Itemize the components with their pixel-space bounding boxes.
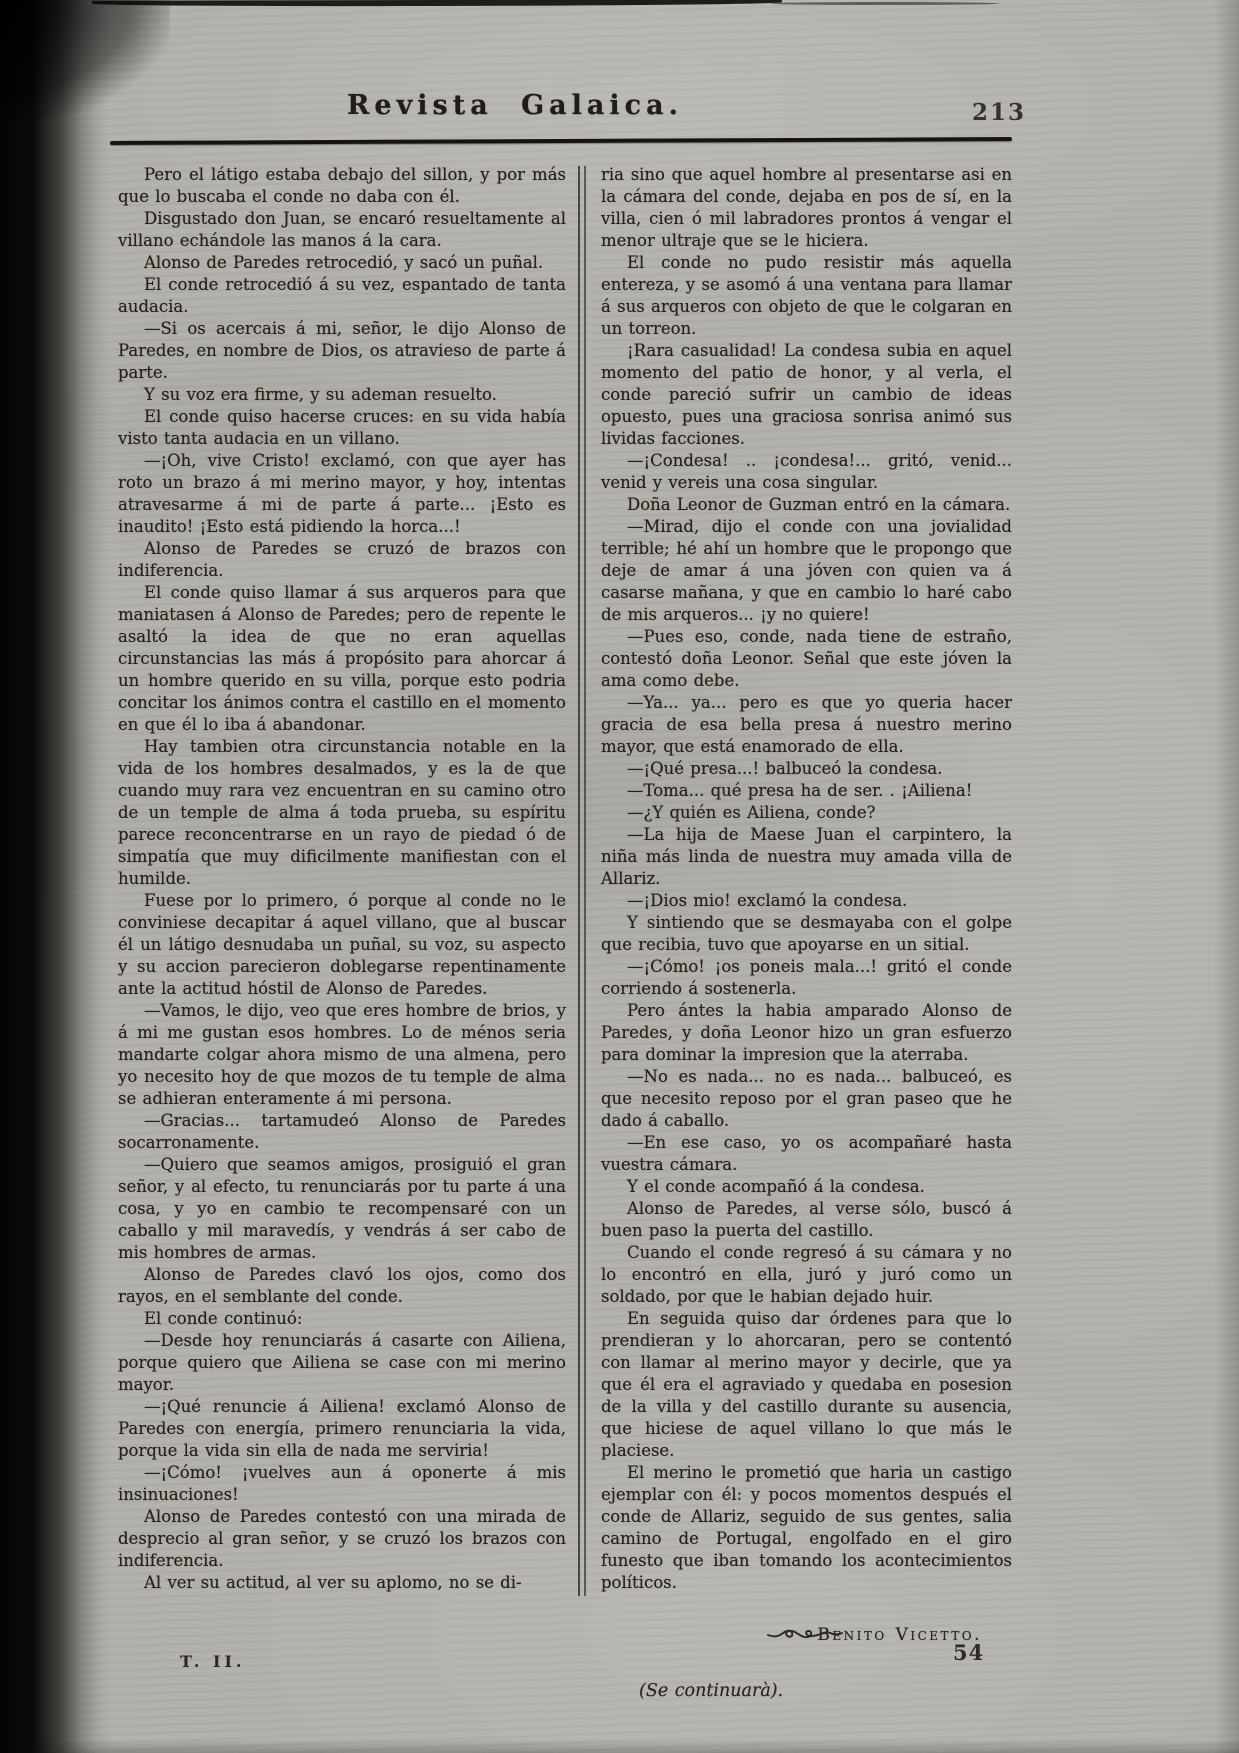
story-paragraph: Y su voz era firme, y su ademan resuelto… xyxy=(118,384,566,406)
page-number-bottom: 54 xyxy=(953,1640,984,1665)
story-paragraph: El conde quiso llamar á sus arqueros par… xyxy=(118,582,566,736)
story-paragraph: Disgustado don Juan, se encaró resueltam… xyxy=(118,208,566,252)
story-paragraph: Alonso de Paredes, al verse sólo, buscó … xyxy=(601,1198,1012,1242)
story-paragraph: El conde quiso hacerse cruces: en su vid… xyxy=(118,406,566,450)
story-paragraph: —¡Qué renuncie á Ailiena! exclamó Alonso… xyxy=(118,1396,566,1462)
story-paragraph: Cuando el conde regresó á su cámara y no… xyxy=(601,1242,1012,1308)
column-divider xyxy=(578,166,586,1596)
story-paragraph: —¡Qué presa...! balbuceó la condesa. xyxy=(601,758,1012,780)
story-paragraph: El conde retrocedió á su vez, espantado … xyxy=(118,274,566,318)
volume-label: T. II. xyxy=(180,1652,246,1671)
story-paragraph: —Ya... ya... pero es que yo queria hacer… xyxy=(601,692,1012,758)
story-paragraph: —La hija de Maese Juan el carpintero, la… xyxy=(601,824,1012,890)
story-paragraph: —Pues eso, conde, nada tiene de estraño,… xyxy=(601,626,1012,692)
story-paragraph: —Mirad, dijo el conde con una jovialidad… xyxy=(601,516,1012,626)
story-paragraph: Al ver su actitud, al ver su aplomo, no … xyxy=(118,1572,566,1594)
story-paragraph: Alonso de Paredes contestó con una mirad… xyxy=(118,1506,566,1572)
story-paragraph: Fuese por lo primero, ó porque al conde … xyxy=(118,890,566,1000)
story-paragraph: Pero el látigo estaba debajo del sillon,… xyxy=(118,164,566,208)
journal-title: Revista Galaica. xyxy=(115,90,915,121)
story-paragraph: —¿Y quién es Ailiena, conde? xyxy=(601,802,1012,824)
story-paragraph: —No es nada... no es nada... balbuceó, e… xyxy=(601,1066,1012,1132)
story-paragraph: El merino le prometió que haria un casti… xyxy=(601,1462,1012,1594)
story-paragraph: —¡Cómo! ¡vuelves aun á oponerte á mis in… xyxy=(118,1462,566,1506)
story-paragraph: ria sino que aquel hombre al presentarse… xyxy=(601,164,1012,252)
story-paragraph: —¡Condesa! .. ¡condesa!... gritó, venid.… xyxy=(601,450,1012,494)
flourish-icon xyxy=(766,1626,844,1644)
scan-top-edge-mark-2 xyxy=(770,2,1000,5)
story-paragraph: Alonso de Paredes clavó los ojos, como d… xyxy=(118,1264,566,1308)
story-paragraph: —Toma... qué presa ha de ser. . ¡Ailiena… xyxy=(601,780,1012,802)
story-paragraph: —¡Dios mio! exclamó la condesa. xyxy=(601,890,1012,912)
story-paragraph: —¡Oh, vive Cristo! exclamó, con que ayer… xyxy=(118,450,566,538)
story-paragraph: —Si os acercais á mi, señor, le dijo Alo… xyxy=(118,318,566,384)
story-paragraph: Pero ántes la habia amparado Alonso de P… xyxy=(601,1000,1012,1066)
story-paragraph: —Gracias... tartamudeó Alonso de Paredes… xyxy=(118,1110,566,1154)
story-paragraph: El conde continuó: xyxy=(118,1308,566,1330)
page-right-edge-shadow xyxy=(1213,0,1239,1753)
page-bottom-edge-shadow xyxy=(0,1739,1239,1753)
story-paragraph: Alonso de Paredes retrocedió, y sacó un … xyxy=(118,252,566,274)
right-text-column: ria sino que aquel hombre al presentarse… xyxy=(601,164,1012,1702)
page-number-top: 213 xyxy=(972,99,1026,126)
story-paragraph: ¡Rara casualidad! La condesa subia en aq… xyxy=(601,340,1012,450)
story-paragraph: Y el conde acompañó á la condesa. xyxy=(601,1176,1012,1198)
story-paragraph: En seguida quiso dar órdenes para que lo… xyxy=(601,1308,1012,1462)
left-text-column: Pero el látigo estaba debajo del sillon,… xyxy=(118,164,566,1594)
binding-shadow xyxy=(0,0,110,1753)
story-paragraph: —Quiero que seamos amigos, prosiguió el … xyxy=(118,1154,566,1264)
story-paragraph: Alonso de Paredes se cruzó de brazos con… xyxy=(118,538,566,582)
story-paragraph: Y sintiendo que se desmayaba con el golp… xyxy=(601,912,1012,956)
story-paragraph: —Desde hoy renunciarás á casarte con Ail… xyxy=(118,1330,566,1396)
story-paragraph: —¡Cómo! ¡os poneis mala...! gritó el con… xyxy=(601,956,1012,1000)
story-paragraph: Hay tambien otra circunstancia notable e… xyxy=(118,736,566,890)
story-paragraph: Doña Leonor de Guzman entró en la cámara… xyxy=(601,494,1012,516)
story-paragraph: —Vamos, le dijo, veo que eres hombre de … xyxy=(118,1000,566,1110)
continuation-note: (Se continuarà). xyxy=(601,1680,1012,1702)
story-paragraph: —En ese caso, yo os acompañaré hasta vue… xyxy=(601,1132,1012,1176)
story-paragraph: El conde no pudo resistir más aquella en… xyxy=(601,252,1012,340)
